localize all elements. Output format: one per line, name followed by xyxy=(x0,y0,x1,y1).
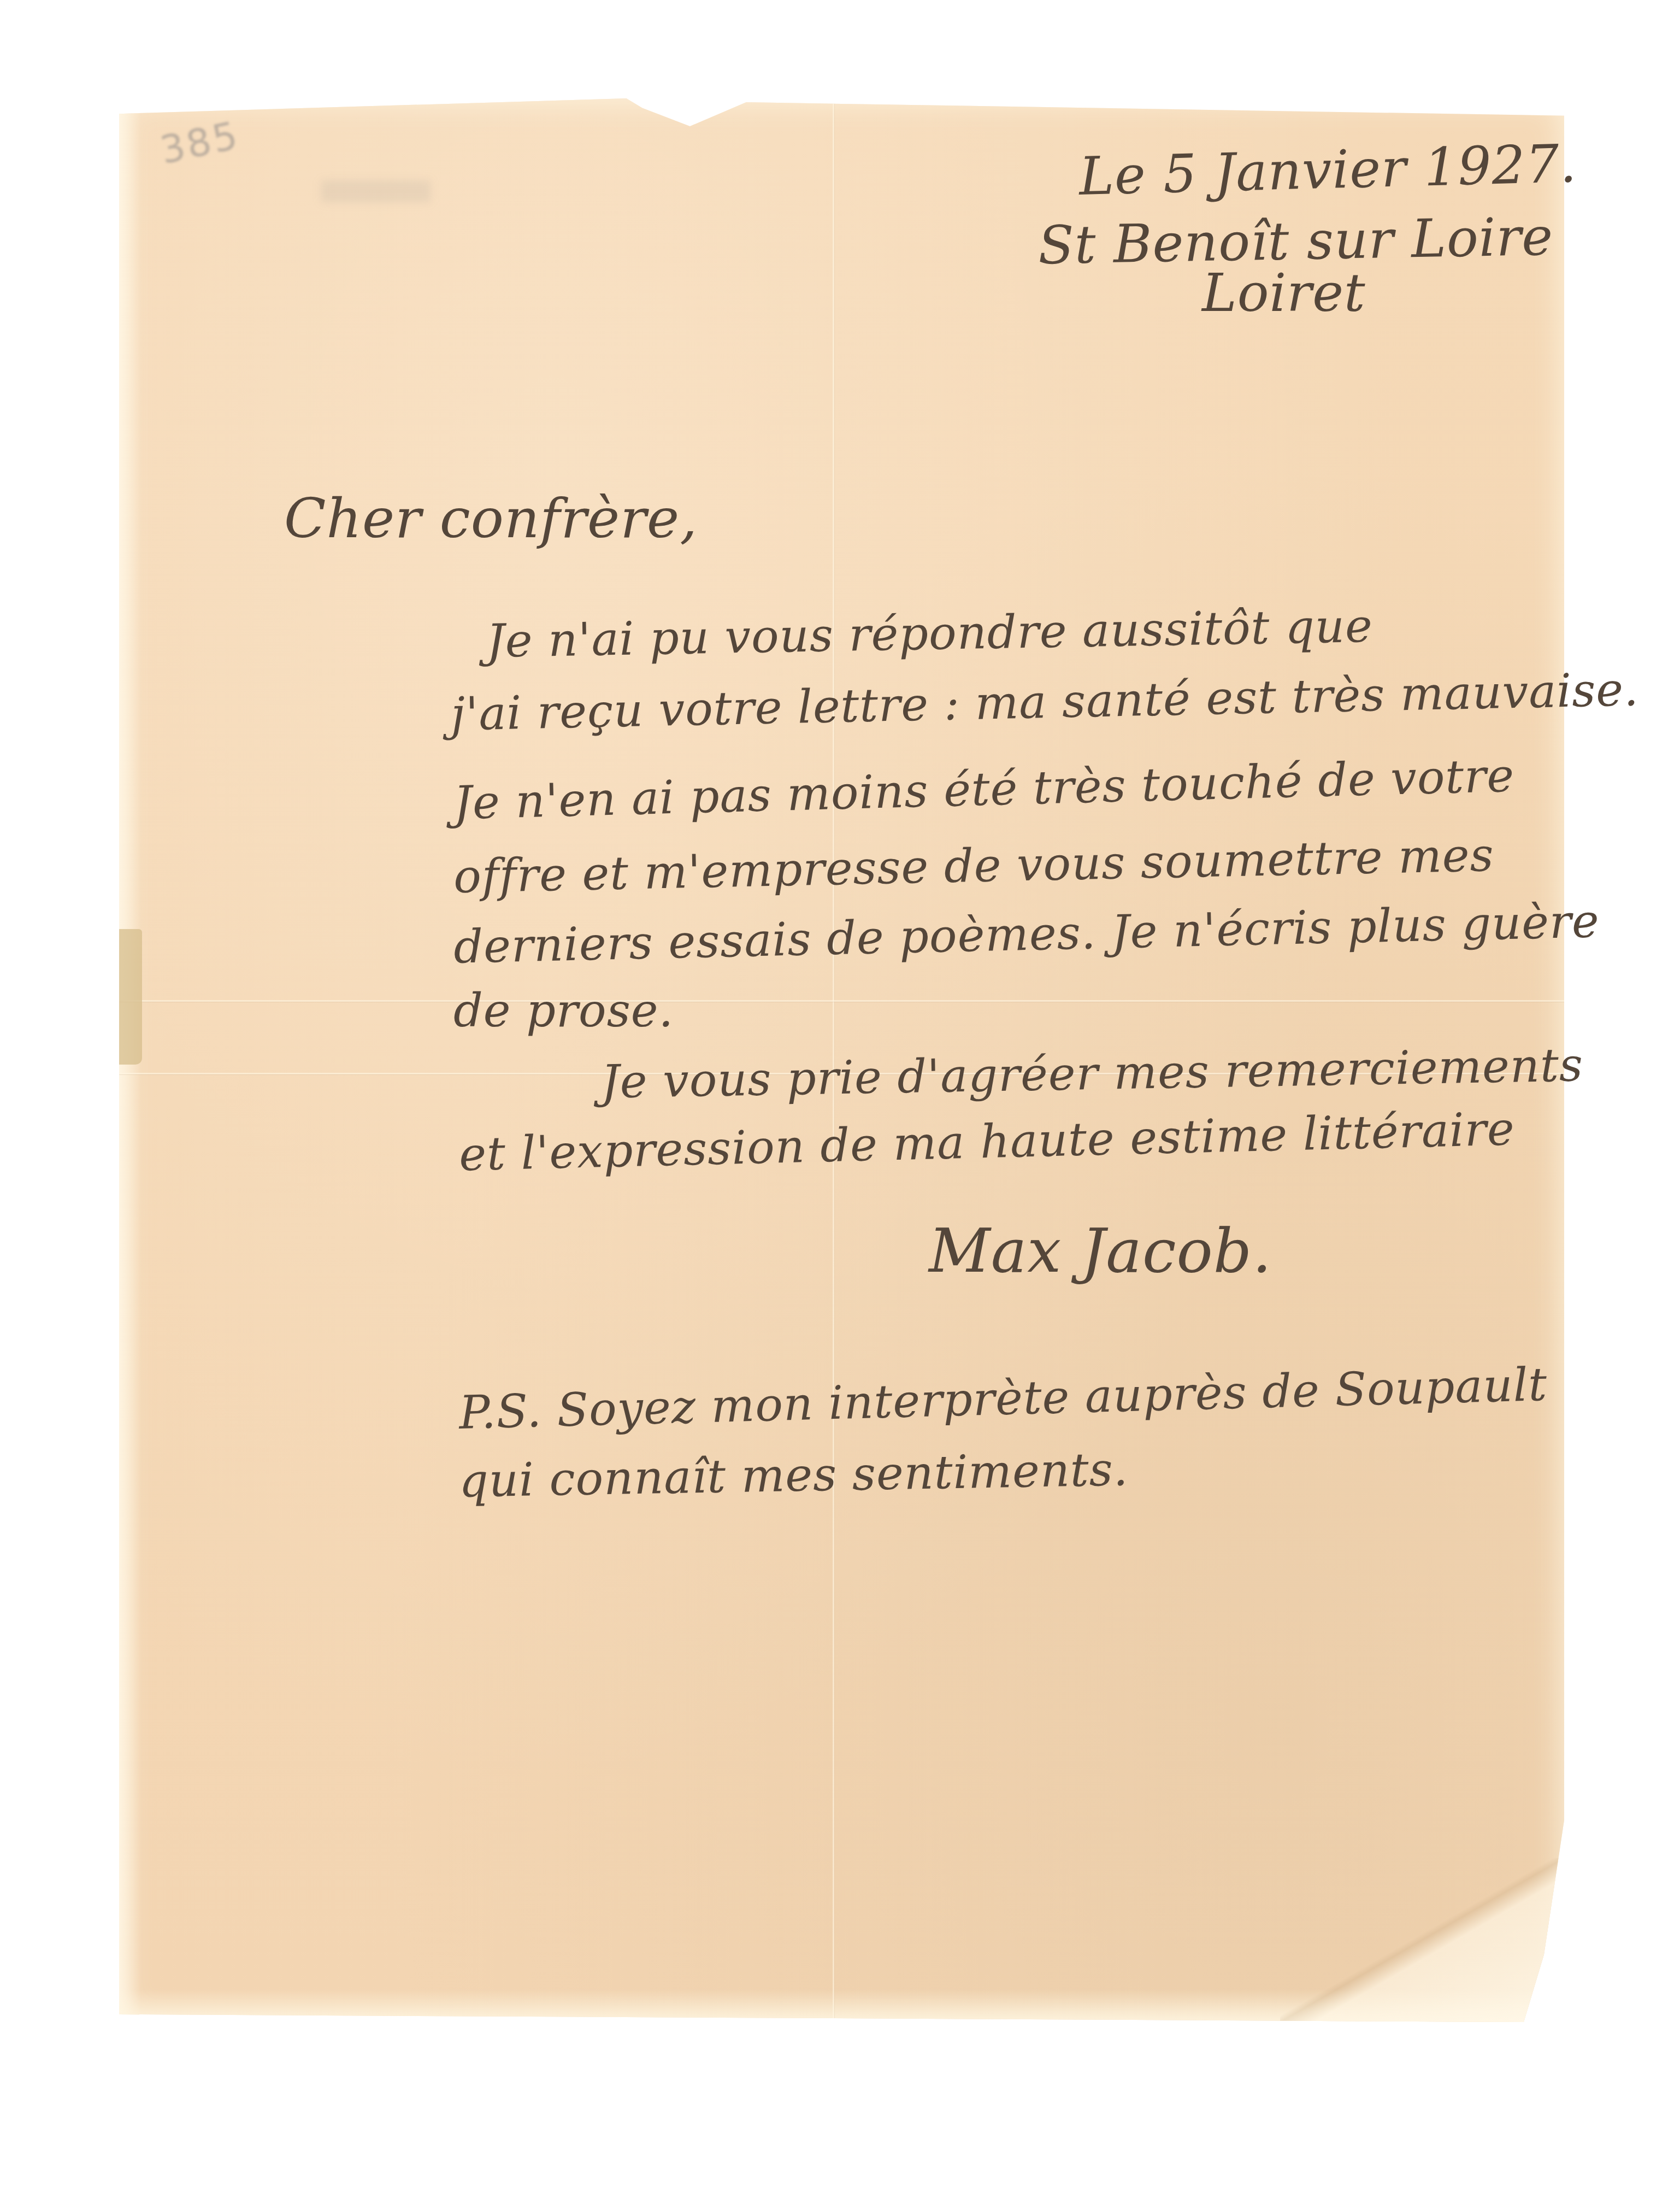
letter-date: Le 5 Janvier 1927. xyxy=(1078,133,1578,207)
folded-corner xyxy=(1280,1858,1564,2022)
letter-region: Loiret xyxy=(1202,262,1366,324)
pencil-smudge xyxy=(321,180,431,202)
signature: Max Jacob. xyxy=(929,1216,1272,1286)
horizontal-fold-crease-upper xyxy=(119,1000,1564,1002)
salutation: Cher confrère, xyxy=(284,486,698,550)
tape-residue xyxy=(119,929,142,1065)
body-line-6: de prose. xyxy=(453,984,674,1037)
pencil-archive-note: 385 xyxy=(156,113,243,173)
